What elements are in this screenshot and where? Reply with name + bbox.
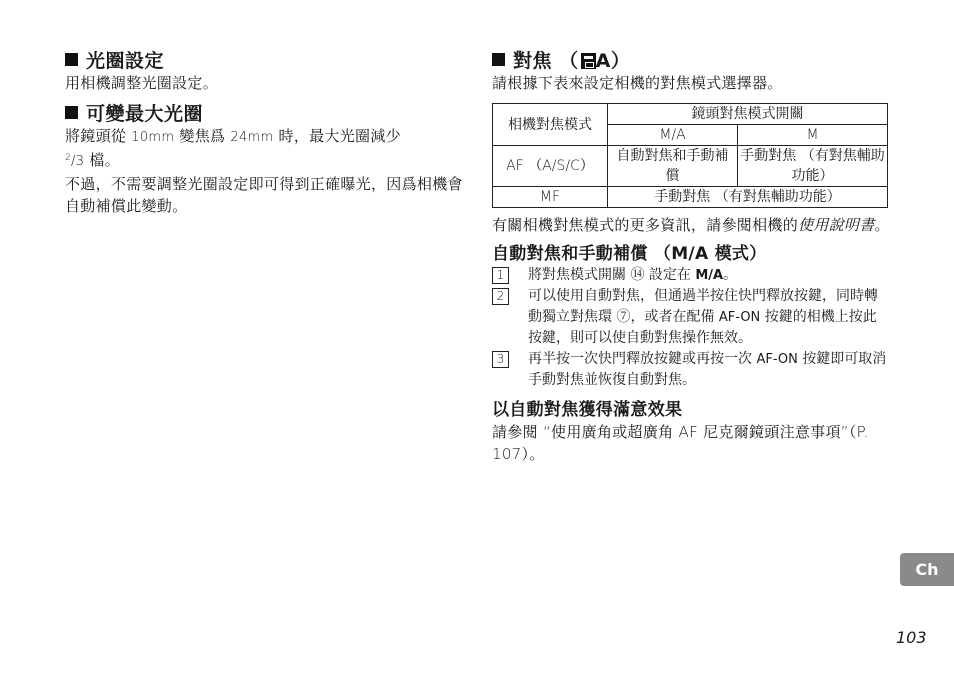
heading-af-manual-override: 自動對焦和手動補償 （M/A 模式） (492, 243, 890, 265)
af-results-text: 請參閱 “使用廣角或超廣角 AF 尼克爾鏡頭注意事項”（P. 107）。 (492, 421, 890, 465)
sub-header-m: M (738, 125, 888, 146)
left-column: 光圈設定 用相機調整光圈設定。 可變最大光圈 將鏡頭從 10mm 變焦爲 24m… (65, 50, 465, 217)
step-number: 1 (492, 267, 509, 284)
step-item: 3再半按一次快門釋放按鍵或再按一次 AF-ON 按鍵即可取消手動對焦並恢復自動對… (492, 349, 890, 391)
square-bullet-icon (65, 53, 78, 66)
focus-intro: 請根據下表來設定相機的對焦模式選擇器。 (492, 72, 890, 94)
cell-mode: AF （A/S/C） (493, 146, 608, 187)
cell-ma: 自動對焦和手動補償 (608, 146, 738, 187)
aperture-setting-text: 用相機調整光圈設定。 (65, 72, 465, 94)
square-bullet-icon (65, 106, 78, 119)
sub-header-ma: M/A (608, 125, 738, 146)
step-number: 2 (492, 288, 509, 305)
step-item: 2可以使用自動對焦，但通過半按住快門釋放按鍵，同時轉動獨立對焦環 ⑦，或者在配備… (492, 286, 890, 349)
focus-mode-table: 相機對焦模式 鏡頭對焦模式開關 M/A M AF （A/S/C） 自動對焦和手動… (492, 103, 888, 208)
square-bullet-icon (492, 53, 505, 66)
page-number: 103 (896, 628, 927, 647)
language-tab: Ch (900, 553, 954, 586)
heading-text: 可變最大光圈 (86, 103, 203, 125)
table-row: AF （A/S/C） 自動對焦和手動補償 手動對焦 （有對焦輔助功能） (493, 146, 888, 187)
table-row: MF 手動對焦 （有對焦輔助功能） (493, 187, 888, 208)
heading-variable-max-aperture: 可變最大光圈 (65, 103, 465, 125)
cell-both: 手動對焦 （有對焦輔助功能） (608, 187, 888, 208)
heading-text: 光圈設定 (86, 50, 164, 72)
col-header-camera-mode: 相機對焦模式 (493, 104, 608, 146)
compensation-text: 不過，不需要調整光圈設定即可得到正確曝光，因爲相機會自動補償此變動。 (65, 173, 465, 217)
right-column: 對焦 （A） 請根據下表來設定相機的對焦模式選擇器。 相機對焦模式 鏡頭對焦模式… (492, 50, 890, 465)
heading-af-results: 以自動對焦獲得滿意效果 (492, 399, 890, 421)
step-item: 1將對焦模式開關 ⑭ 設定在 M/A。 (492, 265, 890, 286)
variable-aperture-text: 將鏡頭從 10mm 變焦爲 24mm 時，最大光圈減少2/3 檔。 (65, 125, 465, 173)
col-header-lens-switch: 鏡頭對焦模式開關 (608, 104, 888, 125)
manual-note: 有關相機對焦模式的更多資訊，請參閱相機的使用說明書。 (492, 214, 890, 236)
cell-m: 手動對焦 （有對焦輔助功能） (738, 146, 888, 187)
heading-focus: 對焦 （A） (492, 50, 890, 72)
step-number: 3 (492, 351, 509, 368)
heading-aperture-setting: 光圈設定 (65, 50, 465, 72)
camera-icon (581, 53, 596, 69)
steps-list: 1將對焦模式開關 ⑭ 設定在 M/A。 2可以使用自動對焦，但通過半按住快門釋放… (492, 265, 890, 391)
manual-reference: 使用說明書 (798, 216, 875, 234)
cell-mode: MF (493, 187, 608, 208)
